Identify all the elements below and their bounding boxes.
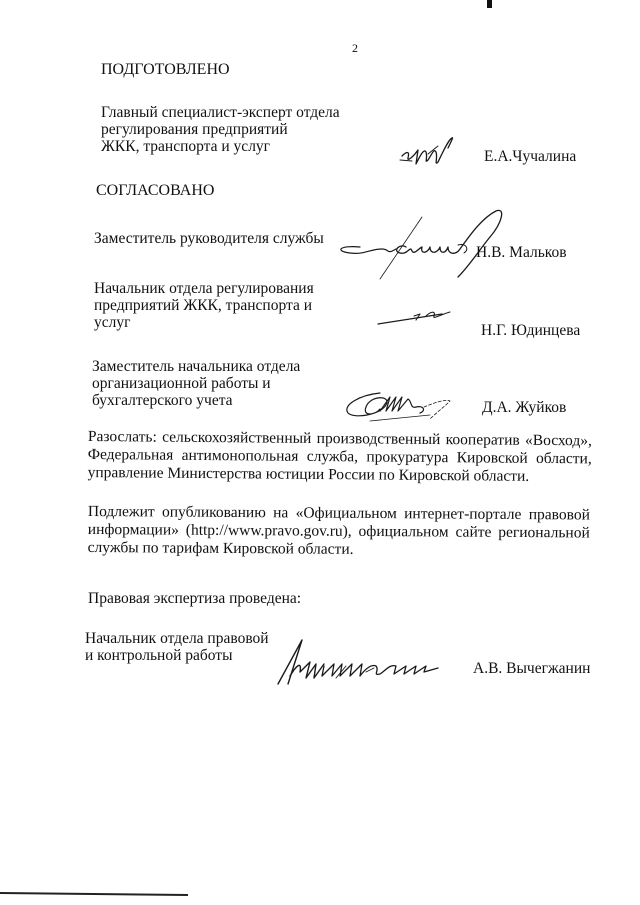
signatory-2-position: Начальник отдела регулирования предприят… <box>94 280 314 331</box>
legal-review-name: А.В. Вычегжанин <box>473 660 590 678</box>
signatory-1-name: Н.В. Мальков <box>476 244 567 262</box>
legal-review-heading: Правовая экспертиза проведена: <box>88 590 301 608</box>
signatory-3-position: Заместитель начальника отдела организаци… <box>92 358 300 409</box>
prepared-position: Главный специалист-эксперт отдела регули… <box>101 104 340 155</box>
signature-zhuikov <box>340 385 470 425</box>
prepared-name: Е.А.Чучалина <box>484 148 576 166</box>
prepared-heading: ПОДГОТОВЛЕНО <box>101 61 230 79</box>
publication-note: Подлежит опубликованию на «Официальном и… <box>88 503 590 561</box>
distribution-list: Разослать: сельскохозяйственный производ… <box>88 428 592 486</box>
signature-vychegzhanin <box>276 636 466 696</box>
legal-review-position: Начальник отдела правовой и контрольной … <box>85 630 269 664</box>
signatory-3-name: Д.А. Жуйков <box>482 399 566 417</box>
scan-mark <box>487 0 492 8</box>
signatory-1-position: Заместитель руководителя службы <box>94 230 324 247</box>
signatory-2-name: Н.Г. Юдинцева <box>481 322 580 340</box>
footer-rule <box>0 892 188 896</box>
page-number: 2 <box>352 41 358 56</box>
signature-chuchalina <box>398 130 458 170</box>
approved-heading: СОГЛАСОВАНО <box>96 182 214 200</box>
signature-yudintseva <box>376 308 456 328</box>
